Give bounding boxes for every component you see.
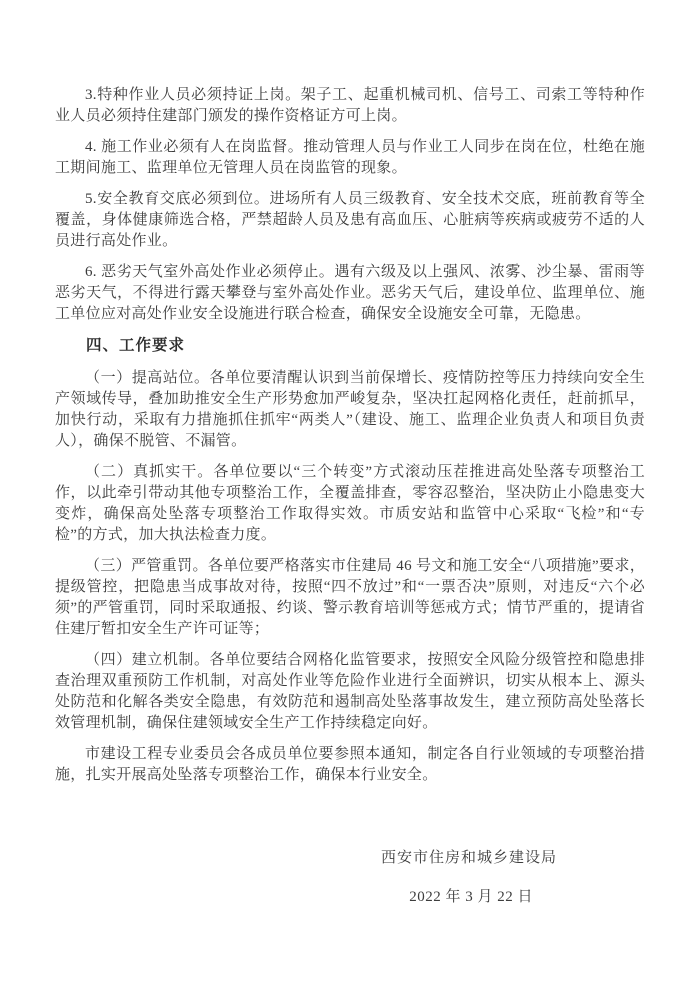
para-requirement-raise-positioning: （一）提高站位。各单位要清醒认识到当前保增长、疫情防控等压力持续向安全生产领域传… bbox=[55, 368, 645, 452]
para-bad-weather-stop-work: 6. 恶劣天气室外高处作业必须停止。遇有六级及以上强风、浓雾、沙尘暴、雷雨等恶劣… bbox=[55, 262, 645, 325]
para-safety-education: 5.安全教育交底必须到位。进场所有人员三级教育、安全技术交底，班前教育等全覆盖，… bbox=[55, 189, 645, 252]
para-requirement-establish-mechanism: （四）建立机制。各单位要结合网格化监管要求，按照安全风险分级管控和隐患排查治理双… bbox=[55, 650, 645, 734]
section-heading-work-requirements: 四、工作要求 bbox=[55, 335, 645, 356]
para-committee-closing: 市建设工程专业委员会各成员单位要参照本通知，制定各自行业领域的专项整治措施，扎实… bbox=[55, 744, 645, 786]
para-special-workers-certification: 3.特种作业人员必须持证上岗。架子工、起重机械司机、信号工、司索工等特种作业人员… bbox=[55, 85, 645, 127]
issue-date: 2022 年 3 月 22 日 bbox=[55, 887, 645, 908]
para-requirement-practical-work: （二）真抓实干。各单位要以“三个转变”方式滚动压茬推进高处坠落专项整治工作，以此… bbox=[55, 462, 645, 546]
para-requirement-strict-punishment: （三）严管重罚。各单位要严格落实市住建局 46 号文和施工安全“八项措施”要求，… bbox=[55, 556, 645, 640]
document-page: 3.特种作业人员必须持证上岗。架子工、起重机械司机、信号工、司索工等特种作业人员… bbox=[0, 0, 700, 990]
para-onsite-supervision: 4. 施工作业必须有人在岗监督。推动管理人员与作业工人同步在岗在位，杜绝在施工期… bbox=[55, 137, 645, 179]
issuer-signature: 西安市住房和城乡建设局 bbox=[55, 848, 645, 869]
